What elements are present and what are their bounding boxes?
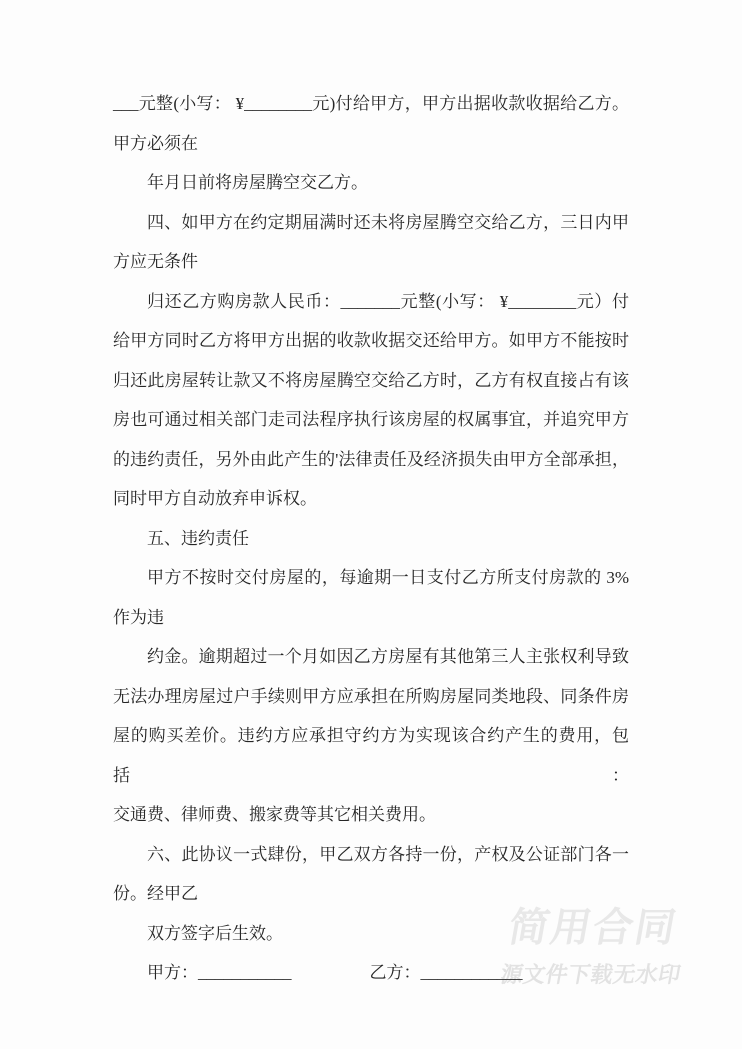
contract-line: 房也可通过相关部门走司法程序执行该房屋的权属事宜，并追究甲方 [113, 400, 629, 440]
contract-lines: ___元整(小写： ¥________元)付给甲方，甲方出据收款收据给乙方。甲方… [113, 84, 629, 953]
contract-line: 四、如甲方在约定期届满时还未将房屋腾空交给乙方，三日内甲 [113, 203, 629, 243]
contract-line: 给甲方同时乙方将甲方出据的收款收据交还给甲方。如甲方不能按时 [113, 321, 629, 361]
contract-line: 甲方不按时交付房屋的，每逾期一日支付乙方所支付房款的 3% [113, 558, 629, 598]
contract-line: 年月日前将房屋腾空交乙方。 [113, 163, 629, 203]
contract-line: 甲方必须在 [113, 124, 629, 164]
party-a-signature: 甲方：___________ [147, 953, 292, 993]
contract-body: ___元整(小写： ¥________元)付给甲方，甲方出据收款收据给乙方。甲方… [113, 84, 629, 993]
contract-line: 归还此房屋转让款又不将房屋腾空交给乙方时，乙方有权直接占有该 [113, 361, 629, 401]
contract-line: 同时甲方自动放弃申诉权。 [113, 479, 629, 519]
contract-line: 屋的购买差价。违约方应承担守约方为实现该合约产生的费用，包括： [113, 716, 629, 795]
contract-line: 五、违约责任 [113, 519, 629, 559]
contract-line: 双方签字后生效。 [113, 914, 629, 954]
party-a-blank: ___________ [198, 963, 292, 982]
party-b-blank: ____________ [421, 963, 523, 982]
contract-line: 归还乙方购房款人民币：_______元整(小写： ¥________元）付 [113, 282, 629, 322]
contract-line: 方应无条件 [113, 242, 629, 282]
contract-line: 交通费、律师费、搬家费等其它相关费用。 [113, 795, 629, 835]
contract-line: 无法办理房屋过户手续则甲方应承担在所购房屋同类地段、同条件房 [113, 677, 629, 717]
contract-line: 作为违 [113, 598, 629, 638]
contract-line: 的违约责任，另外由此产生的'法律责任及经济损失由甲方全部承担， [113, 440, 629, 480]
contract-page: ___元整(小写： ¥________元)付给甲方，甲方出据收款收据给乙方。甲方… [0, 0, 742, 1049]
signature-row: 甲方：___________ 乙方：____________ [113, 953, 629, 993]
contract-line: ___元整(小写： ¥________元)付给甲方，甲方出据收款收据给乙方。 [113, 84, 629, 124]
contract-line: 约金。逾期超过一个月如因乙方房屋有其他第三人主张权利导致 [113, 637, 629, 677]
party-b-label: 乙方： [370, 963, 421, 982]
contract-line: 六、此协议一式肆份，甲乙双方各持一份，产权及公证部门各一 [113, 835, 629, 875]
party-b-signature: 乙方：____________ [370, 953, 523, 993]
contract-line: 份。经甲乙 [113, 874, 629, 914]
party-a-label: 甲方： [147, 963, 198, 982]
